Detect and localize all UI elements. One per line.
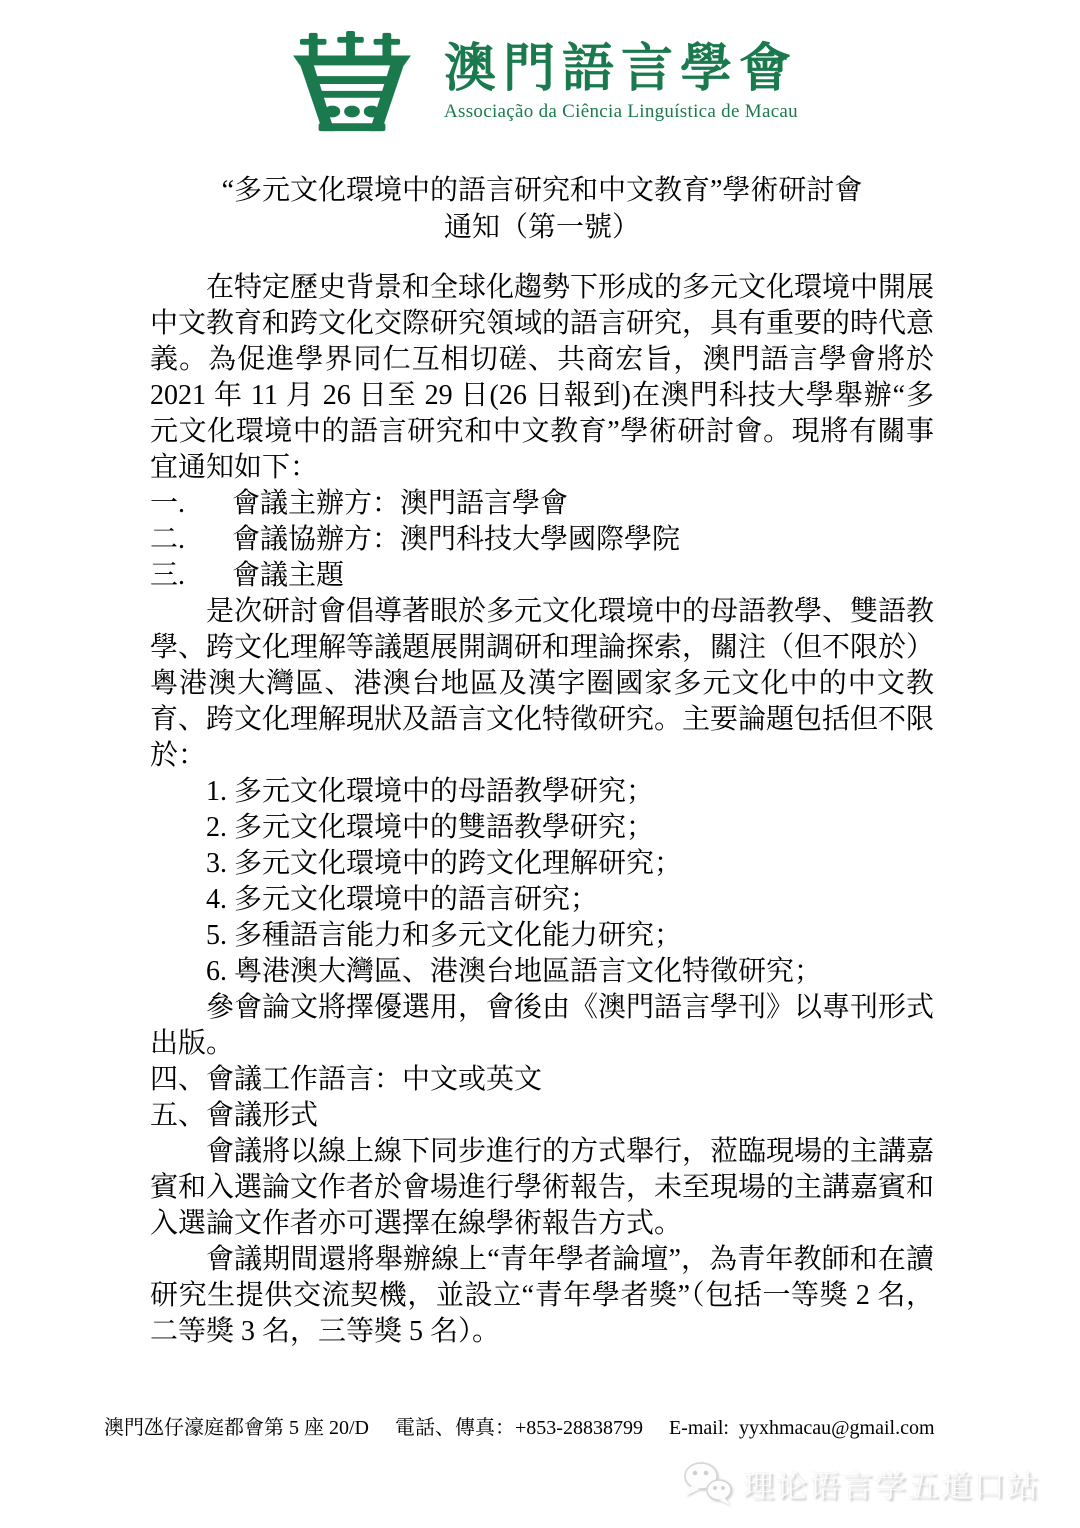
org-name-zh: 澳門語言學會 xyxy=(444,43,798,98)
section-text: 會議形式 xyxy=(206,1100,318,1131)
section-text: 會議主題 xyxy=(232,560,344,591)
section-number: 一. xyxy=(150,486,232,522)
footer-address: 澳門氹仔濠庭都會第 5 座 20/D xyxy=(104,1417,369,1439)
footer-phone: +853-28838799 xyxy=(515,1417,643,1439)
section-format: 五、會議形式 xyxy=(150,1098,934,1134)
watermark-text: 理论语言学五道口站 xyxy=(743,1461,1040,1506)
topic-item: 1. 多元文化環境中的母語教學研究； xyxy=(150,774,934,810)
topic-item: 5. 多種語言能力和多元文化能力研究； xyxy=(150,918,934,954)
section-text: 會議協辦方：澳門科技大學國際學院 xyxy=(232,524,680,555)
org-name-block: 澳門語言學會 Associação da Ciência Linguística… xyxy=(444,43,798,124)
org-name-pt: Associação da Ciência Linguística de Mac… xyxy=(444,101,798,123)
watermark: 理论语言学五道口站 xyxy=(681,1460,1040,1506)
wechat-icon xyxy=(681,1460,735,1506)
section-theme: 三.會議主題 xyxy=(150,558,934,594)
topic-item: 3. 多元文化環境中的跨文化理解研究； xyxy=(150,846,934,882)
theme-paragraph: 是次研討會倡導著眼於多元文化環境中的母語教學、雙語教學、跨文化理解等議題展開調研… xyxy=(150,594,934,774)
contact-footer: 澳門氹仔濠庭都會第 5 座 20/D電話、傳真：+853-28838799E-m… xyxy=(104,1411,935,1440)
section-number: 五、 xyxy=(150,1100,206,1131)
topic-item: 2. 多元文化環境中的雙語教學研究； xyxy=(150,810,934,846)
footer-email: yyxhmacau@gmail.com xyxy=(739,1417,935,1439)
section-number: 二. xyxy=(150,522,232,558)
section-text: 會議主辦方：澳門語言學會 xyxy=(232,488,568,519)
section-number: 三. xyxy=(150,558,232,594)
letterhead: 澳門語言學會 Associação da Ciência Linguística… xyxy=(0,0,1080,142)
notice-body: “多元文化環境中的語言研究和中文教育”學術研討會 通知（第一號） 在特定歷史背景… xyxy=(0,172,1080,1350)
format-paragraph-2: 會議期間還將舉辦線上“青年學者論壇”，為青年教師和在讀研究生提供交流契機，並設立… xyxy=(150,1242,934,1350)
association-logo-glyph xyxy=(282,29,422,137)
format-paragraph-1: 會議將以線上線下同步進行的方式舉行，蒞臨現場的主講嘉賓和入選論文作者於會場進行學… xyxy=(150,1134,934,1242)
section-language: 四、會議工作語言：中文或英文 xyxy=(150,1062,934,1098)
section-number: 四、 xyxy=(150,1064,206,1095)
section-cohost: 二.會議協辦方：澳門科技大學國際學院 xyxy=(150,522,934,558)
intro-paragraph: 在特定歷史背景和全球化趨勢下形成的多元文化環境中開展中文教育和跨文化交際研究領域… xyxy=(150,270,934,486)
notice-title: “多元文化環境中的語言研究和中文教育”學術研討會 通知（第一號） xyxy=(150,172,934,246)
document-page: 澳門語言學會 Associação da Ciência Linguística… xyxy=(0,0,1080,1528)
section-text: 會議工作語言：中文或英文 xyxy=(206,1064,542,1095)
topic-item: 6. 粵港澳大灣區、港澳台地區語言文化特徵研究； xyxy=(150,954,934,990)
topic-item: 4. 多元文化環境中的語言研究； xyxy=(150,882,934,918)
publication-paragraph: 參會論文將擇優選用，會後由《澳門語言學刊》以專刊形式出版。 xyxy=(150,990,934,1062)
topic-list: 1. 多元文化環境中的母語教學研究； 2. 多元文化環境中的雙語教學研究； 3.… xyxy=(150,774,934,990)
footer-phone-label: 電話、傳真： xyxy=(395,1417,515,1439)
notice-title-line1: “多元文化環境中的語言研究和中文教育”學術研討會 xyxy=(150,172,934,209)
notice-title-line2: 通知（第一號） xyxy=(150,209,934,246)
section-host: 一.會議主辦方：澳門語言學會 xyxy=(150,486,934,522)
footer-email-label: E-mail: xyxy=(669,1417,729,1439)
